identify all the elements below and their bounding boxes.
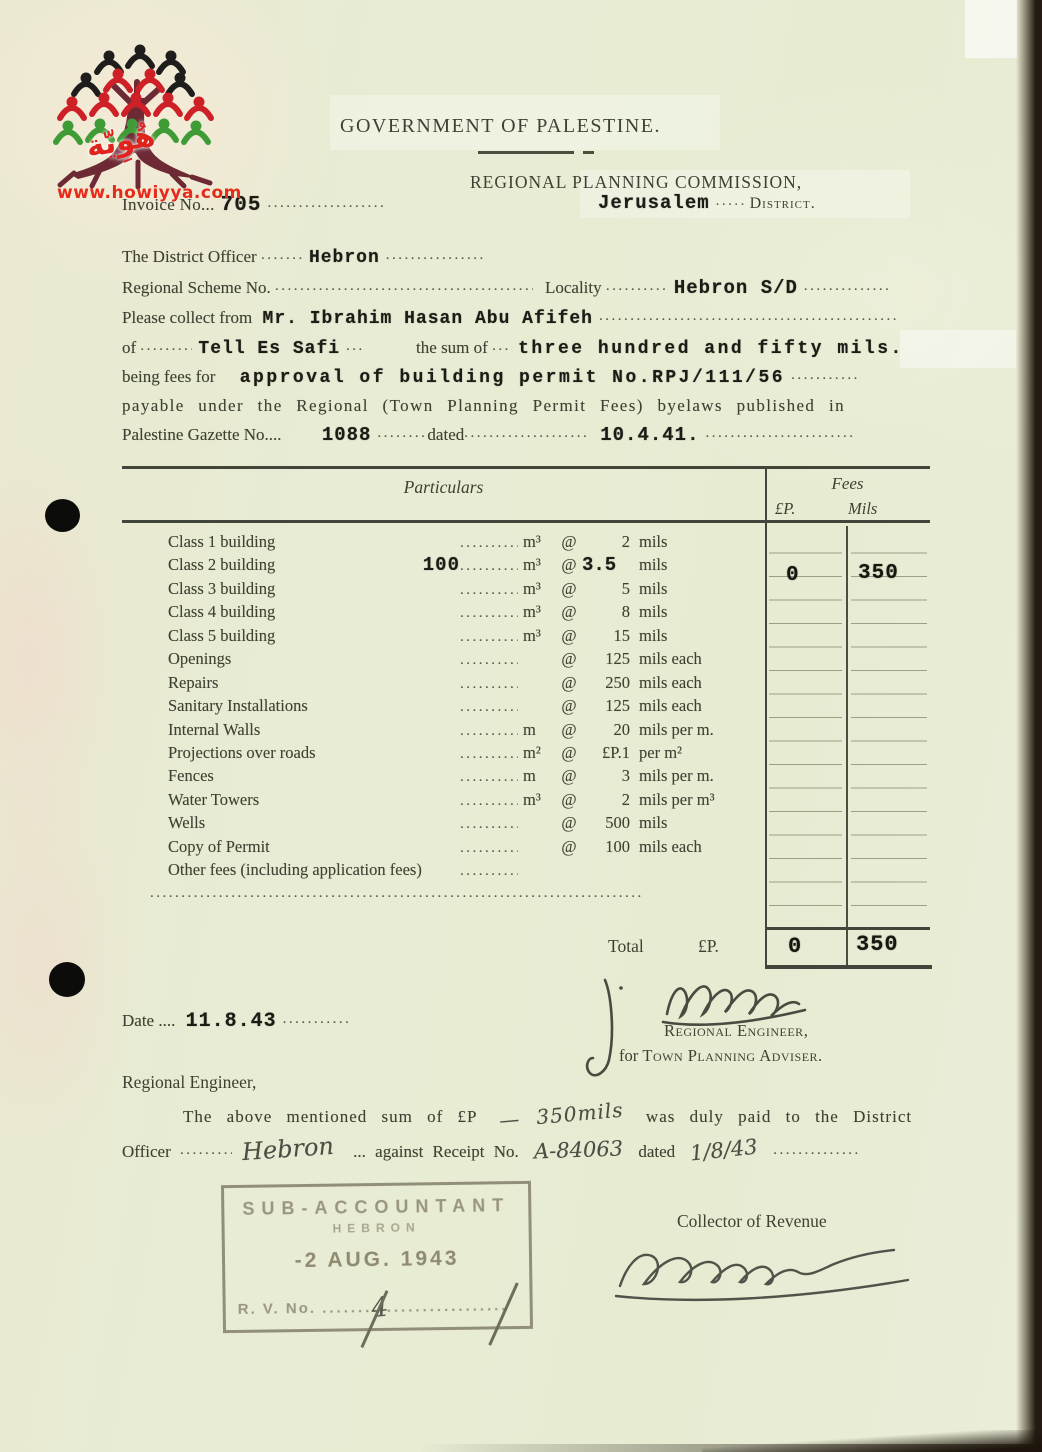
row-label: Class 3 building [122, 577, 414, 600]
leader-dots: ........................................… [705, 425, 855, 440]
row-rate-suffix: mils per m. [630, 764, 714, 787]
row-quantity-cell: ........................................… [414, 649, 518, 664]
row-quantity: 100 [423, 554, 460, 577]
table-row: Copy of Permit .........................… [122, 835, 763, 858]
row-rate-suffix: mils [630, 553, 667, 576]
row-rate: 8 [582, 600, 630, 623]
row-rate: 2 [582, 530, 630, 553]
stamp-date: -2 AUG. 1943 [225, 1246, 529, 1274]
row-quantity-cell: ........................................… [414, 837, 518, 852]
for-label: for [619, 1046, 638, 1065]
row-at-sign: @ [556, 600, 582, 623]
salutation: Regional Engineer, [122, 1072, 256, 1093]
scheme-locality-line: Regional Scheme No. ....................… [122, 277, 889, 299]
date-label: Date .... [122, 1011, 175, 1030]
leader-dots: ........................................… [460, 602, 518, 617]
fees-header: Fees [765, 474, 930, 494]
table-top-rule [122, 466, 930, 469]
leader-dots: ........................................… [492, 338, 512, 353]
fees-for-label: being fees for [122, 367, 215, 386]
row-rate: 15 [582, 624, 630, 647]
mils-column-ruling [851, 530, 927, 918]
title-underline [478, 151, 574, 154]
row-unit: m [518, 718, 556, 741]
row-quantity-cell: ........................................… [414, 602, 518, 617]
district-line: Jerusalem...............................… [592, 192, 816, 214]
table-row: Openings ...............................… [122, 647, 763, 670]
collector-signature [612, 1228, 922, 1316]
leader-dots: ........................................… [460, 766, 518, 781]
row-label: Fences [122, 764, 414, 787]
leader-dots: ........................................… [460, 743, 518, 758]
row-rate-suffix: per m² [630, 741, 682, 764]
row-at-sign: @ [556, 764, 582, 787]
row-quantity-cell: 100.....................................… [414, 554, 518, 577]
row-unit: m³ [518, 553, 556, 576]
row-rate-suffix: mils [630, 530, 667, 553]
leader-dots: ........................................… [606, 278, 668, 293]
scheme-label: Regional Scheme No. [122, 278, 271, 297]
row-unit: m³ [518, 530, 556, 553]
dated-label: dated [427, 425, 464, 444]
row-at-sign: @ [556, 577, 582, 600]
leader-dots: ........................................… [460, 649, 518, 664]
leader-dots: ........................................… [460, 813, 518, 828]
row-quantity-cell: ........................................… [414, 673, 518, 688]
leader-dots: ........................................… [180, 1142, 232, 1157]
row-label: Repairs [122, 671, 414, 694]
collect-value: Mr. Ibrahim Hasan Abu Afifeh [263, 309, 593, 329]
row-rate: 125 [582, 647, 630, 670]
leader-dots: ........................................… [773, 1142, 861, 1157]
fee-entry-pounds: 0 [786, 564, 800, 587]
paid-line-1: The above mentioned sum of £P — 350mils … [183, 1103, 912, 1127]
sum-label: the sum of [416, 338, 488, 357]
sum-value: three hundred and fifty mils. [518, 339, 904, 359]
leader-dots: ........................................… [275, 278, 533, 293]
row-rate-suffix: mils [630, 577, 667, 600]
row-rate: 3 [582, 764, 630, 787]
leader-dots: ........................................… [460, 790, 518, 805]
row-at-sign: @ [556, 647, 582, 670]
watermark-url: www.howiyya.com [57, 183, 242, 203]
fee-entry-mils: 350 [858, 562, 899, 585]
row-rate: 125 [582, 694, 630, 717]
collect-from-line: Please collect from Mr. Ibrahim Hasan Ab… [122, 308, 899, 329]
row-label: Openings [122, 647, 414, 670]
table-row: Wells ..................................… [122, 811, 763, 834]
handwritten-officer: Hebron [241, 1132, 335, 1166]
row-rate-suffix: mils each [630, 647, 702, 670]
table-row: Internal Walls .........................… [122, 718, 763, 741]
howiyya-logo [52, 40, 222, 190]
table-row: Class 5 building .......................… [122, 624, 763, 647]
rv-dots: .......................... [322, 1297, 509, 1317]
table-row: Repairs ................................… [122, 671, 763, 694]
row-rate-suffix: mils per m³ [630, 788, 715, 811]
row-label: Projections over roads [122, 741, 414, 764]
leader-dots: ........................................… [460, 673, 518, 688]
row-label: Water Towers [122, 788, 414, 811]
stamp-title: SUB-ACCOUNTANT [224, 1195, 528, 1220]
leader-dots: ........................................… [460, 532, 518, 547]
table-row: Projections over roads .................… [122, 741, 763, 764]
date-value: 11.8.43 [186, 1010, 277, 1033]
punch-hole-top [45, 499, 80, 532]
total-box-bottom-rule [765, 965, 932, 969]
scan-light-patch [965, 0, 1017, 58]
of-sum-line: of .....................................… [122, 338, 910, 359]
adviser-label: Town Planning Adviser. [642, 1046, 822, 1065]
row-label: Copy of Permit [122, 835, 414, 858]
row-rate: 2 [582, 788, 630, 811]
leader-dots: ........................................… [346, 338, 362, 353]
government-title: GOVERNMENT OF PALESTINE. [340, 115, 661, 138]
scan-light-patch [900, 330, 1016, 368]
locality-label: Locality [545, 278, 602, 297]
scanned-invoice-document: هُوِيّة www.howiyya.com GOVERNMENT OF PA… [0, 0, 1042, 1452]
row-at-sign: @ [556, 741, 582, 764]
leader-dots: ........................................… [804, 278, 889, 293]
row-quantity-cell: ........................................… [414, 860, 518, 875]
row-rate-suffix: mils [630, 600, 667, 623]
collect-label: Please collect from [122, 308, 252, 327]
receipt-label: ... against Receipt No. [353, 1142, 519, 1161]
row-at-sign: @ [556, 718, 582, 741]
officer-label: Officer [122, 1142, 171, 1161]
pound-header: £P. [775, 499, 795, 519]
leader-dots: ........................................… [150, 882, 642, 897]
leader-dots: ........................................… [460, 555, 518, 570]
row-at-sign: @ [556, 624, 582, 647]
row-rate: 500 [582, 811, 630, 834]
tree-of-people-icon [52, 40, 222, 190]
fees-column-divider [765, 466, 767, 969]
row-rate: 20 [582, 718, 630, 741]
pound-mils-divider [846, 526, 848, 969]
row-unit: m³ [518, 788, 556, 811]
scan-edge-right [1016, 0, 1042, 1452]
leader-dots: ........................................… [460, 626, 518, 641]
punch-hole-bottom [49, 962, 85, 997]
row-unit: m³ [518, 600, 556, 623]
fees-for-line: being fees for approval of building perm… [122, 367, 861, 388]
row-at-sign: @ [556, 671, 582, 694]
row-quantity-cell: ........................................… [414, 766, 518, 781]
row-rate-suffix: mils each [630, 694, 702, 717]
row-unit: m² [518, 741, 556, 764]
row-quantity-cell: ........................................… [414, 720, 518, 735]
total-mils: 350 [856, 932, 899, 957]
row-quantity-cell: ........................................… [414, 790, 518, 805]
total-label: Total [608, 936, 644, 957]
row-at-sign: @ [556, 694, 582, 717]
leader-dots: ........................................… [460, 720, 518, 735]
payable-line: payable under the Regional (Town Plannin… [122, 396, 845, 416]
locality-value: Hebron S/D [674, 277, 798, 299]
date-line: Date .... 11.8.43.......................… [122, 1010, 349, 1033]
leader-dots: ........................................… [460, 860, 518, 875]
handwritten-receipt-number: A-84063 [534, 1136, 624, 1163]
row-rate-suffix: mils per m. [630, 718, 714, 741]
handwritten-paid-date: 1/8/43 [689, 1135, 759, 1166]
row-label: Internal Walls [122, 718, 414, 741]
commission-title: REGIONAL PLANNING COMMISSION, [470, 172, 802, 193]
row-rate: 3.5 [582, 554, 630, 577]
leader-dots: ........................................… [460, 696, 518, 711]
table-row: Class 1 building .......................… [122, 530, 763, 553]
fees-for-value: approval of building permit No.RPJ/111/5… [240, 368, 785, 388]
row-label: Class 4 building [122, 600, 414, 623]
row-unit: m [518, 764, 556, 787]
row-unit: m³ [518, 624, 556, 647]
table-header-rule [122, 520, 930, 523]
dated-label-2: dated [638, 1142, 675, 1161]
pound-column-ruling [769, 530, 842, 918]
district-officer-value: Hebron [309, 248, 380, 268]
district-value: Jerusalem [598, 192, 710, 214]
district-officer-label: The District Officer [122, 247, 257, 266]
table-row: Sanitary Installations .................… [122, 694, 763, 717]
leader-dots: ........................................… [377, 425, 427, 440]
leader-dots: ........................................… [464, 425, 590, 440]
particulars-header: Particulars [122, 477, 765, 498]
row-quantity-cell: ........................................… [414, 579, 518, 594]
particulars-rows: Class 1 building .......................… [122, 530, 763, 905]
row-quantity-cell: ........................................… [414, 696, 518, 711]
row-rate: 100 [582, 835, 630, 858]
rv-label: R. V. No. [238, 1300, 317, 1318]
row-label: Class 1 building [122, 530, 414, 553]
leader-dots: ........................................… [716, 193, 746, 208]
row-label: Class 2 building [122, 553, 414, 576]
leader-dots: ........................................… [460, 837, 518, 852]
handwritten-sum: — 350mils [498, 1098, 624, 1133]
stamp-location: HEBRON [225, 1219, 529, 1237]
leader-dots: ........................................… [460, 579, 518, 594]
row-rate: 250 [582, 671, 630, 694]
row-quantity-cell: ........................................… [414, 743, 518, 758]
table-row: Water Towers ...........................… [122, 788, 763, 811]
row-label: Class 5 building [122, 624, 414, 647]
row-at-sign: @ [556, 553, 582, 576]
table-row: Other fees (including application fees) … [122, 858, 763, 881]
leader-dots: ........................................… [261, 247, 303, 262]
row-at-sign: @ [556, 835, 582, 858]
paid-text-a: The above mentioned sum of £P [183, 1107, 477, 1126]
total-pounds: 0 [788, 934, 802, 959]
row-at-sign: @ [556, 811, 582, 834]
leader-dots: ........................................… [283, 1011, 349, 1026]
row-rate: 5 [582, 577, 630, 600]
paid-text-b: was duly paid to the District [646, 1107, 912, 1126]
total-currency: £P. [698, 936, 719, 957]
row-label: Wells [122, 811, 414, 834]
row-label: Other fees (including application fees) [122, 858, 414, 881]
gazette-label: Palestine Gazette No.... [122, 425, 282, 444]
row-rate: £P.1 [582, 741, 630, 764]
row-quantity-cell: ........................................… [414, 813, 518, 828]
of-value: Tell Es Safi [198, 339, 340, 359]
mils-header: Mils [848, 499, 877, 519]
table-row: Class 2 building 100....................… [122, 553, 763, 576]
regional-engineer-title: Regional Engineer, [664, 1021, 808, 1041]
row-label: Sanitary Installations [122, 694, 414, 717]
town-planning-adviser-title: for Town Planning Adviser. [619, 1046, 823, 1066]
leader-dots: ........................................… [791, 367, 861, 382]
gazette-number: 1088 [322, 424, 372, 446]
gazette-date: 10.4.41. [600, 424, 699, 446]
leader-dots: ........................................… [599, 308, 899, 323]
of-label: of [122, 338, 136, 357]
leader-dots: ........................................… [267, 195, 387, 210]
row-at-sign: @ [556, 530, 582, 553]
table-row: ........................................… [122, 882, 763, 905]
row-quantity-cell: ........................................… [150, 882, 642, 897]
scan-corner [702, 1430, 1042, 1452]
row-rate-suffix: mils [630, 624, 667, 647]
total-box-top-rule [765, 927, 930, 930]
district-label: District. [750, 195, 816, 212]
row-rate-suffix: mils [630, 811, 667, 834]
row-rate-suffix: mils each [630, 835, 702, 858]
row-unit: m³ [518, 577, 556, 600]
leader-dots: ........................................… [140, 338, 192, 353]
row-quantity-cell: ........................................… [414, 626, 518, 641]
district-officer-line: The District Officer ...................… [122, 247, 486, 268]
row-quantity-cell: ........................................… [414, 532, 518, 547]
leader-dots: ........................................… [386, 247, 486, 262]
table-row: Class 4 building .......................… [122, 600, 763, 623]
gazette-line: Palestine Gazette No.... 1088...........… [122, 424, 855, 446]
table-row: Class 3 building .......................… [122, 577, 763, 600]
row-at-sign: @ [556, 788, 582, 811]
paid-line-2: Officer ................................… [122, 1135, 861, 1163]
row-rate-suffix: mils each [630, 671, 702, 694]
table-row: Fences .................................… [122, 764, 763, 787]
